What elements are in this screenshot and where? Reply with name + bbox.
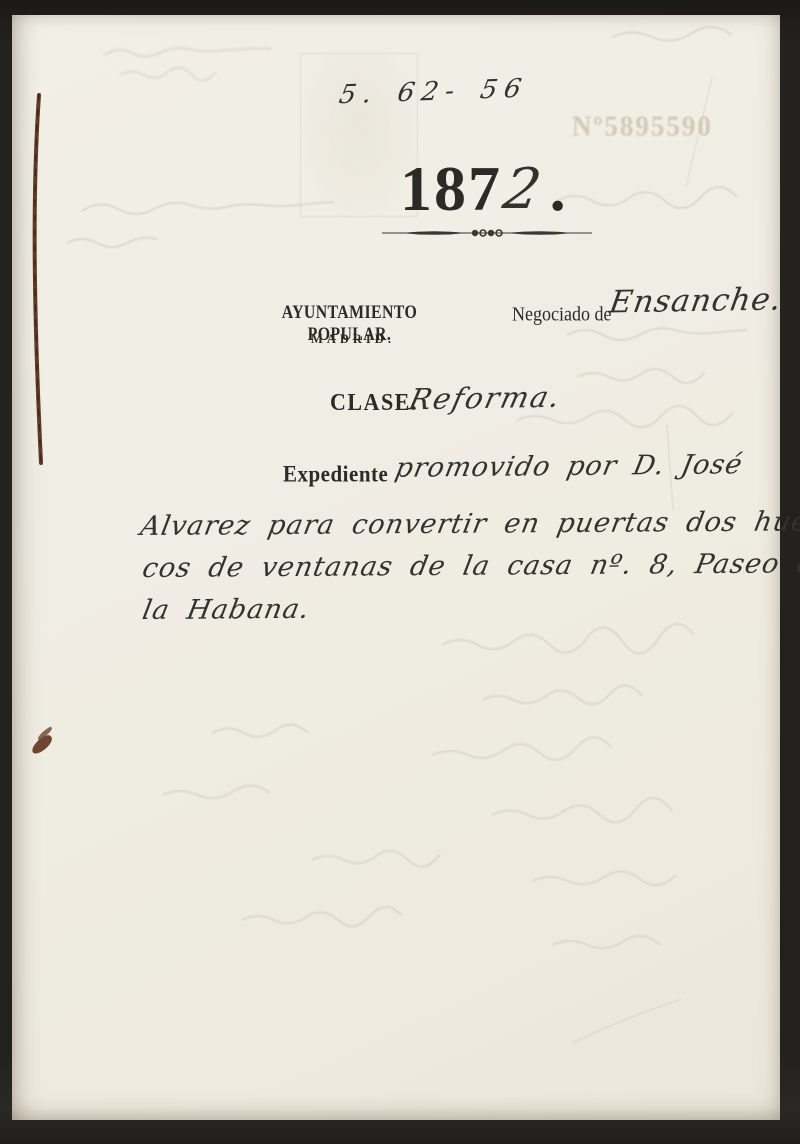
embossed-stamp-number: Nº5895590 [572, 110, 713, 143]
year-printed: 187 [400, 153, 502, 224]
document-page: Nº5895590 5. 62- 56 1872. AYUNTAMIENTO P… [12, 15, 780, 1120]
ornamental-divider [382, 225, 592, 241]
letterhead-city: MADRID. [272, 332, 434, 347]
department-label: Negociado de [512, 303, 611, 326]
expediente-line-2: Alvarez para convertir en puertas dos hu… [138, 506, 800, 542]
clase-value-handwritten: Reforma. [406, 380, 566, 417]
year-heading: 1872. [400, 157, 566, 221]
expediente-intro-handwritten: promovido por D. José [392, 449, 745, 484]
expediente-line-3: cos de ventanas de la casa nº. 8, Paseo … [140, 548, 800, 584]
scan-background: { "document": { "file_number": "5. 62- 5… [0, 0, 800, 1144]
expediente-line-4: la Habana. [140, 594, 312, 626]
expediente-label: Expediente [283, 461, 388, 488]
clase-label: CLASE. [330, 388, 418, 417]
year-period: . [550, 153, 566, 224]
department-value-handwritten: Ensanche. [607, 282, 785, 321]
binding-thread [22, 85, 72, 485]
year-handwritten-digit: 2 [499, 162, 545, 218]
